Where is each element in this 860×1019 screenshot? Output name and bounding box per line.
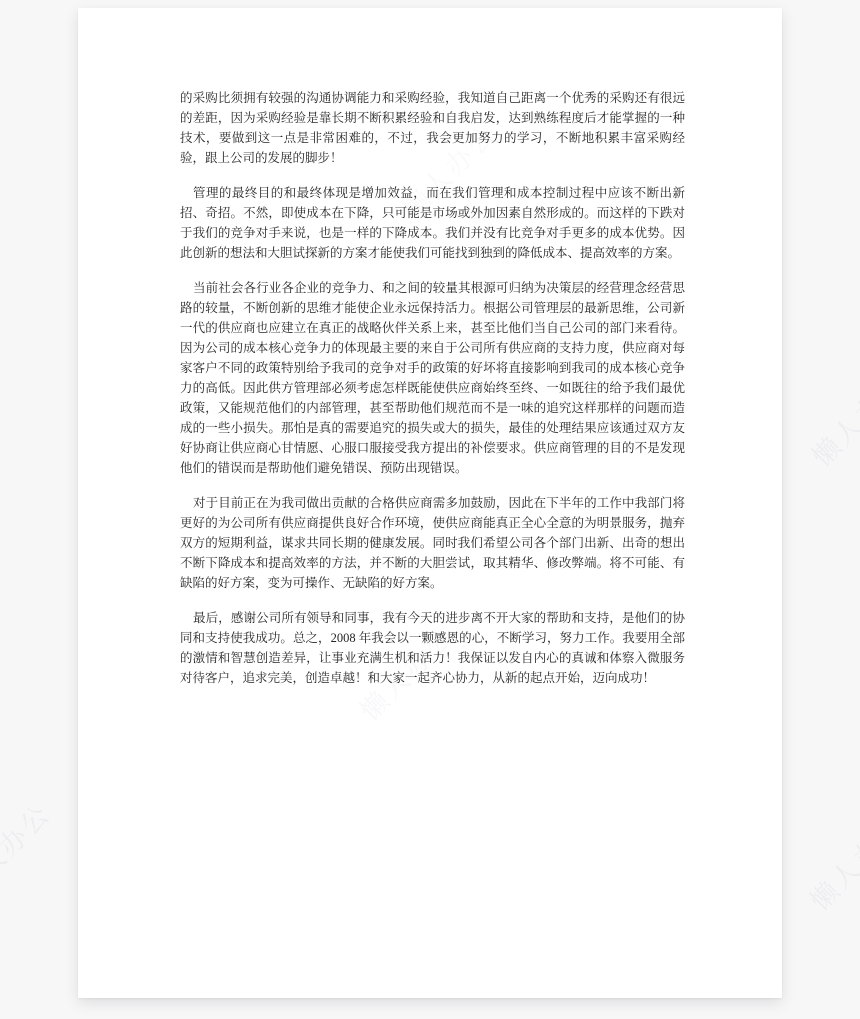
document-paragraph: 最后，感谢公司所有领导和同事，我有今天的进步离不开大家的帮助和支持，是他们的协同… [180,608,685,688]
document-paragraph: 管理的最终目的和最终体现是增加效益，而在我们管理和成本控制过程中应该不断出新招、… [180,183,685,263]
document-paragraph: 的采购比须拥有较强的沟通协调能力和采购经验，我知道自己距离一个优秀的采购还有很远… [180,88,685,168]
document-paragraph: 当前社会各行业各企业的竞争力、和之间的较量其根源可归纳为决策层的经营理念经营思路… [180,278,685,478]
document-body: 的采购比须拥有较强的沟通协调能力和采购经验，我知道自己距离一个优秀的采购还有很远… [180,88,685,703]
document-paragraph: 对于目前正在为我司做出贡献的合格供应商需多加鼓励，因此在下半年的工作中我部门将更… [180,493,685,593]
document-page: 的采购比须拥有较强的沟通协调能力和采购经验，我知道自己距离一个优秀的采购还有很远… [78,8,782,998]
watermark: 懒人办公 [0,793,58,905]
viewer-background: 的采购比须拥有较强的沟通协调能力和采购经验，我知道自己距离一个优秀的采购还有很远… [0,0,860,1019]
watermark: 懒人办公 [802,361,860,473]
watermark: 懒人办公 [800,805,860,917]
